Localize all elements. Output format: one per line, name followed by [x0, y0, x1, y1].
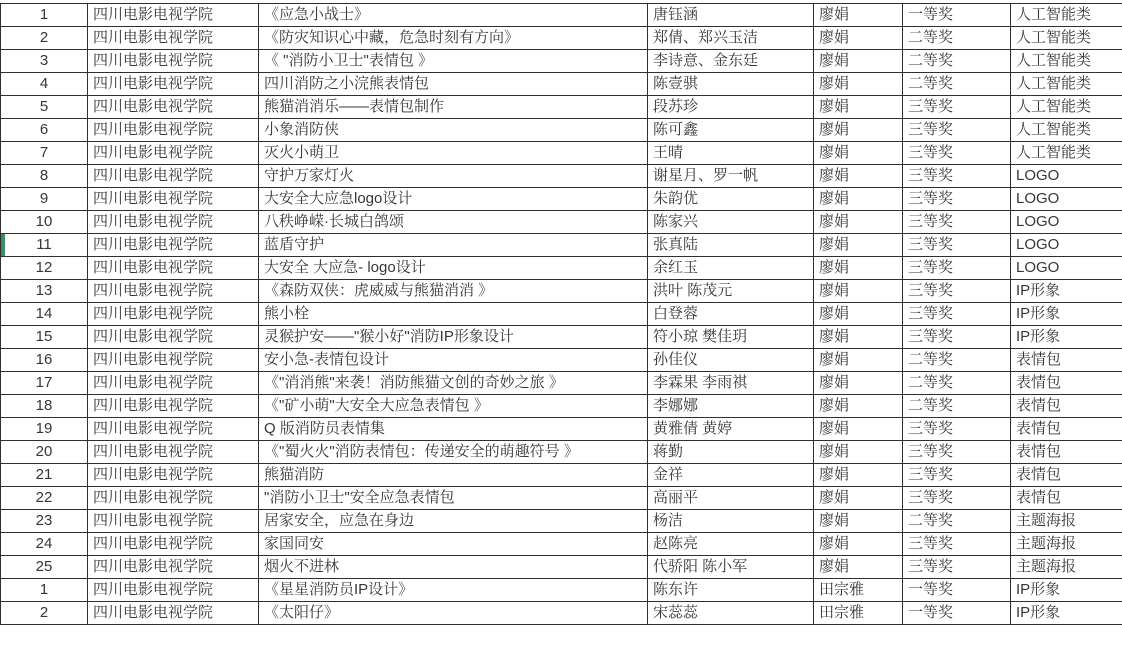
cell-category[interactable]: LOGO: [1011, 211, 1122, 234]
cell-category[interactable]: 人工智能类: [1011, 96, 1122, 119]
cell-authors[interactable]: 朱韵优: [648, 188, 814, 211]
cell-authors[interactable]: 陈壹骐: [648, 73, 814, 96]
cell-award[interactable]: 三等奖: [903, 257, 1011, 280]
cell-title[interactable]: 四川消防之小浣熊表情包: [259, 73, 648, 96]
cell-no[interactable]: 7: [1, 142, 88, 165]
cell-award[interactable]: 三等奖: [903, 464, 1011, 487]
cell-no[interactable]: 2: [1, 27, 88, 50]
cell-school[interactable]: 四川电影电视学院: [88, 234, 259, 257]
cell-category[interactable]: 表情包: [1011, 487, 1122, 510]
cell-award[interactable]: 二等奖: [903, 349, 1011, 372]
cell-no[interactable]: 10: [1, 211, 88, 234]
cell-no[interactable]: 25: [1, 556, 88, 579]
cell-title[interactable]: 《应急小战士》: [259, 4, 648, 27]
cell-award[interactable]: 二等奖: [903, 50, 1011, 73]
cell-advisor[interactable]: 廖娟: [814, 303, 903, 326]
cell-school[interactable]: 四川电影电视学院: [88, 119, 259, 142]
cell-advisor[interactable]: 廖娟: [814, 165, 903, 188]
cell-authors[interactable]: 蒋勤: [648, 441, 814, 464]
awards-spreadsheet: 1四川电影电视学院《应急小战士》唐钰涵廖娟一等奖人工智能类2四川电影电视学院《防…: [0, 0, 1122, 625]
cell-advisor[interactable]: 廖娟: [814, 441, 903, 464]
cell-authors[interactable]: 符小琼 樊佳玥: [648, 326, 814, 349]
cell-advisor[interactable]: 廖娟: [814, 142, 903, 165]
cell-school[interactable]: 四川电影电视学院: [88, 579, 259, 602]
table-row: 5四川电影电视学院熊猫消消乐——表情包制作段苏珍廖娟三等奖人工智能类: [1, 96, 1122, 119]
cell-category[interactable]: 表情包: [1011, 349, 1122, 372]
table-row: 9四川电影电视学院大安全大应急logo设计朱韵优廖娟三等奖LOGO: [1, 188, 1122, 211]
cell-title[interactable]: 八秩峥嵘·长城白鸽颂: [259, 211, 648, 234]
table-row: 13四川电影电视学院《森防双侠：虎威威与熊猫消消 》洪叶 陈茂元廖娟三等奖IP形…: [1, 280, 1122, 303]
cell-authors[interactable]: 赵陈亮: [648, 533, 814, 556]
cell-no[interactable]: 20: [1, 441, 88, 464]
cell-title[interactable]: 大安全大应急logo设计: [259, 188, 648, 211]
cell-advisor[interactable]: 廖娟: [814, 418, 903, 441]
cell-no[interactable]: 14: [1, 303, 88, 326]
cell-no[interactable]: 1: [1, 579, 88, 602]
cell-advisor[interactable]: 廖娟: [814, 211, 903, 234]
cell-school[interactable]: 四川电影电视学院: [88, 510, 259, 533]
table-row: 21四川电影电视学院熊猫消防金祥廖娟三等奖表情包: [1, 464, 1122, 487]
cell-no[interactable]: 22: [1, 487, 88, 510]
cell-no[interactable]: 19: [1, 418, 88, 441]
cell-school[interactable]: 四川电影电视学院: [88, 533, 259, 556]
cell-authors[interactable]: 陈东许: [648, 579, 814, 602]
cell-authors[interactable]: 李诗意、金东廷: [648, 50, 814, 73]
cell-category[interactable]: 主题海报: [1011, 556, 1122, 579]
cell-authors[interactable]: 陈可鑫: [648, 119, 814, 142]
cell-title[interactable]: 《"蜀火火"消防表情包：传递安全的萌趣符号 》: [259, 441, 648, 464]
cell-no[interactable]: 9: [1, 188, 88, 211]
cell-category[interactable]: 表情包: [1011, 395, 1122, 418]
cell-school[interactable]: 四川电影电视学院: [88, 96, 259, 119]
cell-school[interactable]: 四川电影电视学院: [88, 50, 259, 73]
cell-school[interactable]: 四川电影电视学院: [88, 257, 259, 280]
cell-school[interactable]: 四川电影电视学院: [88, 211, 259, 234]
cell-no[interactable]: 4: [1, 73, 88, 96]
cell-category[interactable]: 人工智能类: [1011, 27, 1122, 50]
cell-title[interactable]: 灵猴护安——"猴小好"消防IP形象设计: [259, 326, 648, 349]
cell-category[interactable]: 人工智能类: [1011, 4, 1122, 27]
cell-award[interactable]: 三等奖: [903, 165, 1011, 188]
table-row: 6四川电影电视学院小象消防侠陈可鑫廖娟三等奖人工智能类: [1, 119, 1122, 142]
cell-category[interactable]: LOGO: [1011, 188, 1122, 211]
cell-school[interactable]: 四川电影电视学院: [88, 395, 259, 418]
cell-school[interactable]: 四川电影电视学院: [88, 349, 259, 372]
cell-category[interactable]: 主题海报: [1011, 510, 1122, 533]
table-row: 2四川电影电视学院《太阳仔》宋蕊蕊田宗雅一等奖IP形象: [1, 602, 1122, 625]
cell-no[interactable]: 13: [1, 280, 88, 303]
cell-no[interactable]: 8: [1, 165, 88, 188]
table-row: 11四川电影电视学院蓝盾守护张真陆廖娟三等奖LOGO: [1, 234, 1122, 257]
table-row: 4四川电影电视学院四川消防之小浣熊表情包陈壹骐廖娟二等奖人工智能类: [1, 73, 1122, 96]
cell-award[interactable]: 三等奖: [903, 234, 1011, 257]
cell-award[interactable]: 二等奖: [903, 395, 1011, 418]
cell-authors[interactable]: 谢星月、罗一帆: [648, 165, 814, 188]
cell-authors[interactable]: 代骄阳 陈小军: [648, 556, 814, 579]
cell-school[interactable]: 四川电影电视学院: [88, 602, 259, 625]
cell-no[interactable]: 1: [1, 4, 88, 27]
table-row: 19四川电影电视学院Q 版消防员表情集黄雅倩 黄婷廖娟三等奖表情包: [1, 418, 1122, 441]
cell-title[interactable]: 安小急-表情包设计: [259, 349, 648, 372]
cell-title[interactable]: 灭火小萌卫: [259, 142, 648, 165]
table-row: 1四川电影电视学院《星星消防员IP设计》陈东许田宗雅一等奖IP形象: [1, 579, 1122, 602]
cell-award[interactable]: 三等奖: [903, 188, 1011, 211]
cell-advisor[interactable]: 廖娟: [814, 510, 903, 533]
cell-award[interactable]: 三等奖: [903, 418, 1011, 441]
cell-authors[interactable]: 李娜娜: [648, 395, 814, 418]
cell-no[interactable]: 11: [1, 234, 88, 257]
cell-authors[interactable]: 唐钰涵: [648, 4, 814, 27]
cell-advisor[interactable]: 廖娟: [814, 96, 903, 119]
cell-category[interactable]: 人工智能类: [1011, 119, 1122, 142]
cell-title[interactable]: 《 "消防小卫士"表情包 》: [259, 50, 648, 73]
cell-category[interactable]: LOGO: [1011, 234, 1122, 257]
cell-title[interactable]: 《"矿小萌"大安全大应急表情包 》: [259, 395, 648, 418]
table-row: 22四川电影电视学院"消防小卫士"安全应急表情包高丽平廖娟三等奖表情包: [1, 487, 1122, 510]
cell-authors[interactable]: 金祥: [648, 464, 814, 487]
cell-advisor[interactable]: 田宗雅: [814, 579, 903, 602]
cell-school[interactable]: 四川电影电视学院: [88, 165, 259, 188]
cell-title[interactable]: "消防小卫士"安全应急表情包: [259, 487, 648, 510]
cell-authors[interactable]: 白登蓉: [648, 303, 814, 326]
cell-school[interactable]: 四川电影电视学院: [88, 418, 259, 441]
cell-authors[interactable]: 李霖果 李雨祺: [648, 372, 814, 395]
cell-award[interactable]: 三等奖: [903, 533, 1011, 556]
cell-category[interactable]: IP形象: [1011, 280, 1122, 303]
cell-category[interactable]: 人工智能类: [1011, 142, 1122, 165]
cell-title[interactable]: 《星星消防员IP设计》: [259, 579, 648, 602]
cell-school[interactable]: 四川电影电视学院: [88, 556, 259, 579]
table-row: 15四川电影电视学院灵猴护安——"猴小好"消防IP形象设计符小琼 樊佳玥廖娟三等…: [1, 326, 1122, 349]
cell-title[interactable]: 熊小栓: [259, 303, 648, 326]
cell-advisor[interactable]: 廖娟: [814, 50, 903, 73]
cell-advisor[interactable]: 廖娟: [814, 533, 903, 556]
cell-category[interactable]: IP形象: [1011, 303, 1122, 326]
cell-title[interactable]: 熊猫消消乐——表情包制作: [259, 96, 648, 119]
cell-no[interactable]: 18: [1, 395, 88, 418]
cell-authors[interactable]: 郑倩、郑兴玉洁: [648, 27, 814, 50]
table-row: 20四川电影电视学院《"蜀火火"消防表情包：传递安全的萌趣符号 》蒋勤廖娟三等奖…: [1, 441, 1122, 464]
cell-award[interactable]: 三等奖: [903, 280, 1011, 303]
cell-authors[interactable]: 段苏珍: [648, 96, 814, 119]
cell-category[interactable]: 人工智能类: [1011, 73, 1122, 96]
cell-award[interactable]: 三等奖: [903, 556, 1011, 579]
cell-category[interactable]: 表情包: [1011, 464, 1122, 487]
cell-title[interactable]: 大安全 大应急- logo设计: [259, 257, 648, 280]
cell-award[interactable]: 二等奖: [903, 510, 1011, 533]
cell-authors[interactable]: 张真陆: [648, 234, 814, 257]
cell-award[interactable]: 一等奖: [903, 579, 1011, 602]
cell-advisor[interactable]: 廖娟: [814, 4, 903, 27]
table-row: 12四川电影电视学院大安全 大应急- logo设计余红玉廖娟三等奖LOGO: [1, 257, 1122, 280]
cell-category[interactable]: 人工智能类: [1011, 50, 1122, 73]
table-row: 24四川电影电视学院家国同安赵陈亮廖娟三等奖主题海报: [1, 533, 1122, 556]
cell-category[interactable]: 表情包: [1011, 418, 1122, 441]
cell-advisor[interactable]: 廖娟: [814, 326, 903, 349]
table-row: 25四川电影电视学院烟火不进林代骄阳 陈小军廖娟三等奖主题海报: [1, 556, 1122, 579]
cell-authors[interactable]: 陈家兴: [648, 211, 814, 234]
cell-advisor[interactable]: 廖娟: [814, 27, 903, 50]
cell-no[interactable]: 5: [1, 96, 88, 119]
cell-award[interactable]: 三等奖: [903, 96, 1011, 119]
cell-school[interactable]: 四川电影电视学院: [88, 303, 259, 326]
table-row: 3四川电影电视学院《 "消防小卫士"表情包 》李诗意、金东廷廖娟二等奖人工智能类: [1, 50, 1122, 73]
cell-award[interactable]: 三等奖: [903, 441, 1011, 464]
cell-title[interactable]: 烟火不进林: [259, 556, 648, 579]
cell-no[interactable]: 24: [1, 533, 88, 556]
cell-school[interactable]: 四川电影电视学院: [88, 73, 259, 96]
cell-advisor[interactable]: 廖娟: [814, 188, 903, 211]
cell-title[interactable]: 居家安全，应急在身边: [259, 510, 648, 533]
cell-authors[interactable]: 余红玉: [648, 257, 814, 280]
table-body: 1四川电影电视学院《应急小战士》唐钰涵廖娟一等奖人工智能类2四川电影电视学院《防…: [1, 4, 1122, 625]
table-row: 18四川电影电视学院《"矿小萌"大安全大应急表情包 》李娜娜廖娟二等奖表情包: [1, 395, 1122, 418]
cell-no[interactable]: 12: [1, 257, 88, 280]
cell-title[interactable]: 《"消消熊"来袭！消防熊猫文创的奇妙之旅 》: [259, 372, 648, 395]
cell-school[interactable]: 四川电影电视学院: [88, 441, 259, 464]
cell-no[interactable]: 17: [1, 372, 88, 395]
table-row: 17四川电影电视学院《"消消熊"来袭！消防熊猫文创的奇妙之旅 》李霖果 李雨祺廖…: [1, 372, 1122, 395]
cell-award[interactable]: 一等奖: [903, 4, 1011, 27]
cell-category[interactable]: LOGO: [1011, 165, 1122, 188]
cell-category[interactable]: 主题海报: [1011, 533, 1122, 556]
cell-advisor[interactable]: 廖娟: [814, 395, 903, 418]
table-row: 8四川电影电视学院守护万家灯火谢星月、罗一帆廖娟三等奖LOGO: [1, 165, 1122, 188]
cell-no[interactable]: 21: [1, 464, 88, 487]
cell-school[interactable]: 四川电影电视学院: [88, 372, 259, 395]
cell-school[interactable]: 四川电影电视学院: [88, 188, 259, 211]
cell-advisor[interactable]: 廖娟: [814, 349, 903, 372]
cell-authors[interactable]: 宋蕊蕊: [648, 602, 814, 625]
cell-award[interactable]: 三等奖: [903, 211, 1011, 234]
table-row: 2四川电影电视学院《防灾知识心中藏，危急时刻有方向》郑倩、郑兴玉洁廖娟二等奖人工…: [1, 27, 1122, 50]
table-row: 14四川电影电视学院熊小栓白登蓉廖娟三等奖IP形象: [1, 303, 1122, 326]
cell-category[interactable]: IP形象: [1011, 579, 1122, 602]
cell-advisor[interactable]: 廖娟: [814, 234, 903, 257]
cell-authors[interactable]: 孙佳仪: [648, 349, 814, 372]
cell-no[interactable]: 6: [1, 119, 88, 142]
cell-advisor[interactable]: 廖娟: [814, 372, 903, 395]
cell-advisor[interactable]: 廖娟: [814, 257, 903, 280]
cell-advisor[interactable]: 廖娟: [814, 464, 903, 487]
table-row: 23四川电影电视学院居家安全，应急在身边杨洁廖娟二等奖主题海报: [1, 510, 1122, 533]
cell-award[interactable]: 三等奖: [903, 326, 1011, 349]
cell-category[interactable]: LOGO: [1011, 257, 1122, 280]
cell-no[interactable]: 3: [1, 50, 88, 73]
cell-advisor[interactable]: 廖娟: [814, 119, 903, 142]
cell-award[interactable]: 三等奖: [903, 303, 1011, 326]
cell-title[interactable]: 蓝盾守护: [259, 234, 648, 257]
cell-title[interactable]: Q 版消防员表情集: [259, 418, 648, 441]
cell-award[interactable]: 三等奖: [903, 487, 1011, 510]
cell-advisor[interactable]: 廖娟: [814, 487, 903, 510]
cell-no[interactable]: 23: [1, 510, 88, 533]
cell-school[interactable]: 四川电影电视学院: [88, 464, 259, 487]
cell-advisor[interactable]: 田宗雅: [814, 602, 903, 625]
cell-award[interactable]: 二等奖: [903, 27, 1011, 50]
cell-advisor[interactable]: 廖娟: [814, 280, 903, 303]
cell-authors[interactable]: 高丽平: [648, 487, 814, 510]
cell-authors[interactable]: 杨洁: [648, 510, 814, 533]
cell-title[interactable]: 小象消防侠: [259, 119, 648, 142]
cell-no[interactable]: 16: [1, 349, 88, 372]
cell-title[interactable]: 守护万家灯火: [259, 165, 648, 188]
cell-title[interactable]: 《太阳仔》: [259, 602, 648, 625]
cell-award[interactable]: 三等奖: [903, 119, 1011, 142]
cell-award[interactable]: 一等奖: [903, 602, 1011, 625]
table-row: 16四川电影电视学院安小急-表情包设计孙佳仪廖娟二等奖表情包: [1, 349, 1122, 372]
cell-category[interactable]: 表情包: [1011, 441, 1122, 464]
cell-advisor[interactable]: 廖娟: [814, 73, 903, 96]
cell-award[interactable]: 二等奖: [903, 73, 1011, 96]
cell-authors[interactable]: 洪叶 陈茂元: [648, 280, 814, 303]
cell-category[interactable]: IP形象: [1011, 326, 1122, 349]
award-table: 1四川电影电视学院《应急小战士》唐钰涵廖娟一等奖人工智能类2四川电影电视学院《防…: [0, 3, 1122, 625]
cell-authors[interactable]: 黄雅倩 黄婷: [648, 418, 814, 441]
cell-no[interactable]: 2: [1, 602, 88, 625]
cell-school[interactable]: 四川电影电视学院: [88, 27, 259, 50]
cell-school[interactable]: 四川电影电视学院: [88, 142, 259, 165]
cell-title[interactable]: 《防灾知识心中藏，危急时刻有方向》: [259, 27, 648, 50]
cell-school[interactable]: 四川电影电视学院: [88, 280, 259, 303]
cell-school[interactable]: 四川电影电视学院: [88, 4, 259, 27]
cell-title[interactable]: 熊猫消防: [259, 464, 648, 487]
cell-school[interactable]: 四川电影电视学院: [88, 487, 259, 510]
cell-category[interactable]: 表情包: [1011, 372, 1122, 395]
table-row: 7四川电影电视学院灭火小萌卫王晴廖娟三等奖人工智能类: [1, 142, 1122, 165]
cell-award[interactable]: 二等奖: [903, 372, 1011, 395]
table-row: 10四川电影电视学院八秩峥嵘·长城白鸽颂陈家兴廖娟三等奖LOGO: [1, 211, 1122, 234]
cell-school[interactable]: 四川电影电视学院: [88, 326, 259, 349]
cell-title[interactable]: 家国同安: [259, 533, 648, 556]
cell-no[interactable]: 15: [1, 326, 88, 349]
cell-advisor[interactable]: 廖娟: [814, 556, 903, 579]
table-row: 1四川电影电视学院《应急小战士》唐钰涵廖娟一等奖人工智能类: [1, 4, 1122, 27]
cell-authors[interactable]: 王晴: [648, 142, 814, 165]
cell-award[interactable]: 三等奖: [903, 142, 1011, 165]
cell-title[interactable]: 《森防双侠：虎威威与熊猫消消 》: [259, 280, 648, 303]
cell-category[interactable]: IP形象: [1011, 602, 1122, 625]
